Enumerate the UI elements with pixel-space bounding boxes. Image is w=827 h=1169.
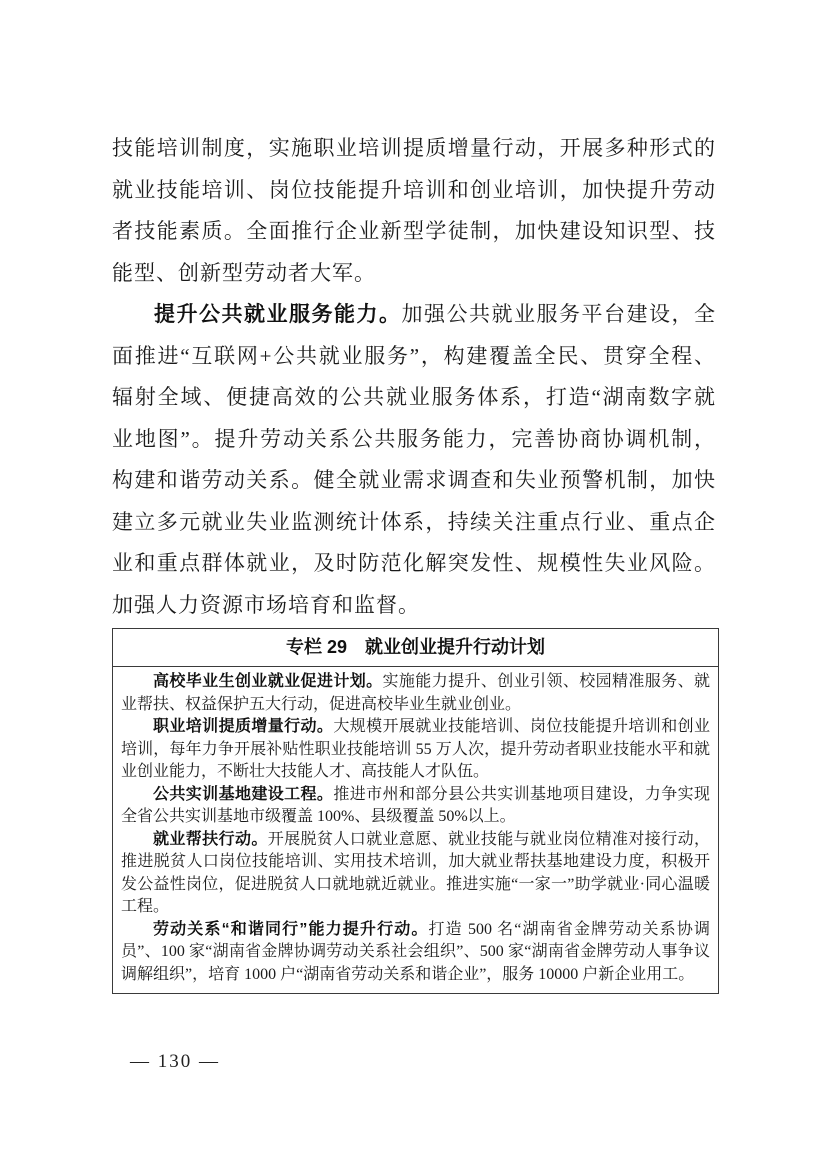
feature-box-item: 就业帮扶行动。开展脱贫人口就业意愿、就业技能与就业岗位精准对接行动，推进脱贫人口…	[121, 829, 710, 919]
feature-box-item: 高校毕业生创业就业促进计划。实施能力提升、创业引领、校园精准服务、就业帮扶、权益…	[121, 671, 710, 716]
feature-box-item: 劳动关系“和谐同行”能力提升行动。打造 500 名“湖南省金牌劳动关系协调员”、…	[121, 919, 710, 987]
feature-box-item: 公共实训基地建设工程。推进市州和部分县公共实训基地项目建设，力争实现全省公共实训…	[121, 784, 710, 829]
paragraph-lead: 提升公共就业服务能力。	[154, 303, 402, 326]
item-lead: 高校毕业生创业就业促进计划。	[153, 673, 383, 690]
paragraph-continuation: 技能培训制度，实施职业培训提质增量行动，开展多种形式的就业技能培训、岗位技能提升…	[112, 128, 716, 294]
paragraph-text: 技能培训制度，实施职业培训提质增量行动，开展多种形式的就业技能培训、岗位技能提升…	[112, 136, 716, 285]
feature-box-body: 高校毕业生创业就业促进计划。实施能力提升、创业引领、校园精准服务、就业帮扶、权益…	[113, 667, 718, 993]
page-number: — 130 —	[130, 1051, 220, 1073]
paragraph: 提升公共就业服务能力。加强公共就业服务平台建设，全面推进“互联网+公共就业服务”…	[112, 294, 716, 626]
item-lead: 就业帮扶行动。	[153, 831, 268, 848]
feature-box-item: 职业培训提质增量行动。大规模开展就业技能培训、岗位技能提升培训和创业培训，每年力…	[121, 716, 710, 784]
feature-box-title: 专栏 29 就业创业提升行动计划	[113, 629, 718, 667]
item-lead: 职业培训提质增量行动。	[153, 718, 333, 735]
item-lead: 公共实训基地建设工程。	[153, 786, 333, 803]
body-text: 技能培训制度，实施职业培训提质增量行动，开展多种形式的就业技能培训、岗位技能提升…	[112, 128, 716, 626]
paragraph-text: 加强公共就业服务平台建设，全面推进“互联网+公共就业服务”，构建覆盖全民、贯穿全…	[112, 302, 716, 617]
item-lead: 劳动关系“和谐同行”能力提升行动。	[153, 921, 429, 938]
document-page: 技能培训制度，实施职业培训提质增量行动，开展多种形式的就业技能培训、岗位技能提升…	[0, 0, 827, 1169]
feature-box: 专栏 29 就业创业提升行动计划 高校毕业生创业就业促进计划。实施能力提升、创业…	[112, 628, 719, 994]
